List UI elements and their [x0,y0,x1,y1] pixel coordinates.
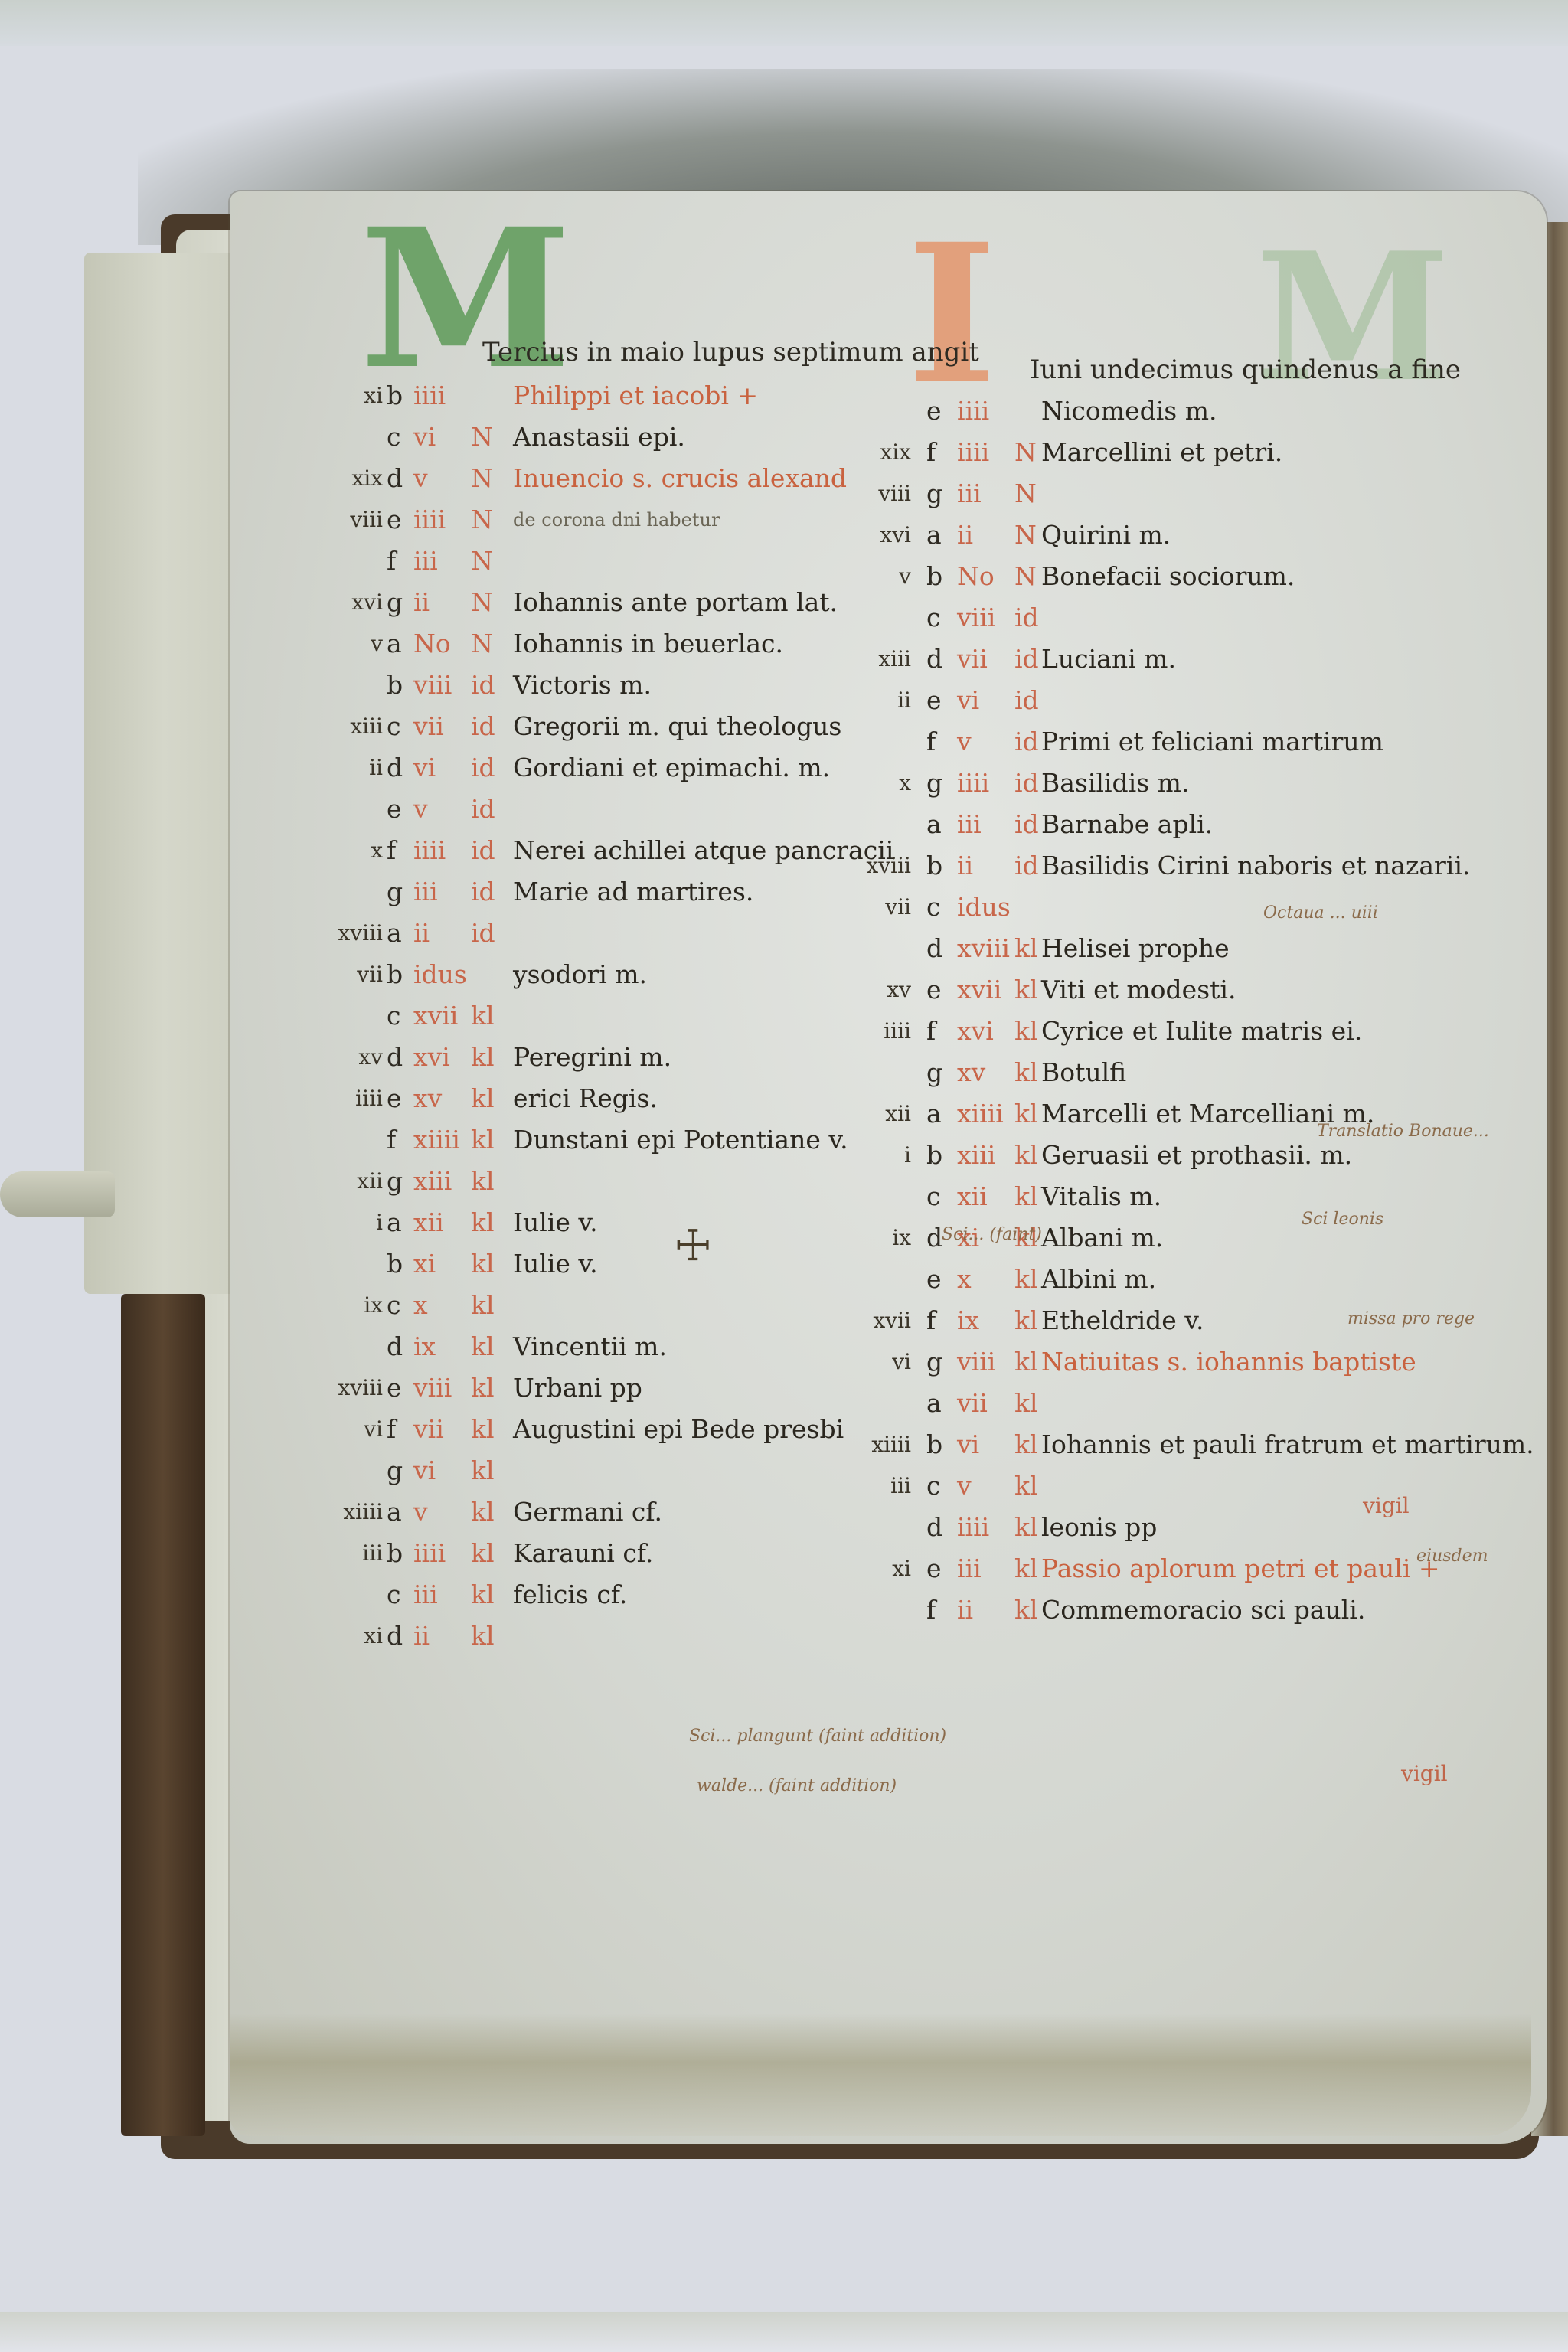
golden-number: xi [850,1548,911,1589]
dominical-letter: e [926,390,942,432]
nones-ides-kalends-marker: kl [1014,1465,1038,1507]
dominical-letter: a [926,804,942,845]
nones-ides-kalends-marker: kl [471,1161,495,1202]
roman-day-numeral: iiii [413,499,446,541]
roman-day-numeral: iii [413,871,438,913]
roman-day-numeral: viii [957,597,995,639]
nones-ides-kalends-marker: kl [1014,1507,1038,1548]
feast-entry: Albani m. [1041,1217,1163,1259]
golden-number: xiii [306,706,383,747]
dominical-letter: c [926,887,940,928]
feast-entry: Primi et feliciani martirum [1041,721,1383,763]
roman-day-numeral: ii [413,582,430,623]
golden-number: xviii [850,845,911,887]
roman-day-numeral: vii [957,639,988,680]
golden-number: iiii [850,1011,911,1052]
backdrop-top [0,0,1568,46]
feast-entry: Philippi et iacobi + [513,375,758,416]
golden-number: xv [850,969,911,1011]
feast-entry: leonis pp [1041,1507,1157,1548]
feast-entry: Augustini epi Bede presbi [513,1409,844,1450]
feast-entry: Viti et modesti. [1041,969,1236,1011]
feast-entry: Quirini m. [1041,514,1171,556]
nones-ides-kalends-marker: id [1014,721,1039,763]
roman-day-numeral: ii [413,1615,430,1657]
nones-ides-kalends-marker: kl [471,1409,495,1450]
dominical-letter: g [926,1052,942,1093]
nones-ides-kalends-marker: kl [471,1202,495,1243]
roman-day-numeral: viii [957,1341,995,1383]
roman-day-numeral: xvii [957,969,1001,1011]
marginal-note: missa pro rege [1347,1309,1475,1328]
feast-entry: Helisei prophe [1041,928,1230,969]
dominical-letter: f [387,830,396,871]
marginal-note: Sci... (faint) [942,1225,1042,1244]
leather-spine [121,1294,205,2136]
golden-number: xii [306,1161,383,1202]
nones-ides-kalends-marker: kl [1014,1548,1038,1589]
feast-entry: Vincentii m. [513,1326,667,1367]
feast-entry: Nerei achillei atque pancracii [513,830,893,871]
dominical-letter: e [926,969,942,1011]
nones-ides-kalends-marker: id [471,830,495,871]
feast-entry: Cyrice et Iulite matris ei. [1041,1011,1362,1052]
roman-day-numeral: vi [413,1450,436,1491]
golden-number: iii [306,1533,383,1574]
roman-day-numeral: xiiii [957,1093,1004,1135]
feast-entry: Geruasii et prothasii. m. [1041,1135,1352,1176]
dominical-letter: d [387,1615,403,1657]
nones-ides-kalends-marker: kl [1014,1341,1038,1383]
roman-day-numeral: vii [957,1383,988,1424]
golden-number: viii [850,473,911,514]
roman-day-numeral: v [957,1465,972,1507]
nones-ides-kalends-marker: id [1014,845,1039,887]
roman-day-numeral: vii [413,1409,444,1450]
feast-entry: Iulie v. [513,1243,598,1285]
roman-day-numeral: vi [413,416,436,458]
golden-number: xvii [850,1300,911,1341]
roman-day-numeral: x [413,1285,428,1326]
golden-number: xvi [850,514,911,556]
nones-ides-kalends-marker: kl [1014,1300,1038,1341]
feast-entry: Bonefacii sociorum. [1041,556,1295,597]
nones-ides-kalends-marker: N [471,623,493,665]
dominical-letter: g [926,473,942,514]
roman-day-numeral: ii [957,514,973,556]
feast-entry: felicis cf. [513,1574,627,1615]
golden-number: v [306,623,383,665]
feast-entry: Nicomedis m. [1041,390,1217,432]
roman-day-numeral: v [957,721,972,763]
feast-entry: Etheldride v. [1041,1300,1204,1341]
nones-ides-kalends-marker: N [1014,432,1037,473]
dominical-letter: e [926,1548,942,1589]
nones-ides-kalends-marker: kl [471,1285,495,1326]
roman-day-numeral: xii [957,1176,988,1217]
dominical-letter: f [926,1589,936,1631]
feast-entry: Commemoracio sci pauli. [1041,1589,1365,1631]
golden-number: xvi [306,582,383,623]
nones-ides-kalends-marker: kl [471,1119,495,1161]
feast-entry: erici Regis. [513,1078,658,1119]
dominical-letter: d [387,1326,403,1367]
nones-ides-kalends-marker: kl [471,1450,495,1491]
dominical-letter: f [387,1119,396,1161]
nones-ides-kalends-marker: kl [1014,1589,1038,1631]
nones-ides-kalends-marker: kl [471,1243,495,1285]
marginal-note: walde... (faint addition) [697,1776,897,1795]
dominical-letter: b [926,845,942,887]
feast-entry: Passio aplorum petri et pauli + [1041,1548,1440,1589]
dominical-letter: f [926,1011,936,1052]
feast-entry: Karauni cf. [513,1533,653,1574]
dominical-letter: c [387,416,400,458]
nones-ides-kalends-marker: N [1014,514,1037,556]
roman-day-numeral: v [413,1491,428,1533]
dominical-letter: a [387,1491,402,1533]
dominical-letter: c [387,706,400,747]
feast-entry: Peregrini m. [513,1037,671,1078]
dominical-letter: d [926,1507,942,1548]
dominical-letter: g [926,763,942,804]
dominical-letter: g [387,871,403,913]
roman-day-numeral: No [957,556,995,597]
nones-ides-kalends-marker: N [471,582,493,623]
roman-day-numeral: xviii [957,928,1010,969]
dominical-letter: d [387,747,403,789]
roman-day-numeral: ix [413,1326,436,1367]
roman-day-numeral: iii [413,541,438,582]
golden-number: vii [306,954,383,995]
roman-day-numeral: xii [413,1202,444,1243]
nones-ides-kalends-marker: kl [471,1615,495,1657]
feast-entry: Marie ad martires. [513,871,753,913]
cross-mark-icon: ☩ [674,1221,712,1271]
golden-number: xi [306,1615,383,1657]
nones-ides-kalends-marker: N [471,416,493,458]
roman-day-numeral: ii [957,845,973,887]
roman-day-numeral: ii [957,1589,973,1631]
nones-ides-kalends-marker: id [471,706,495,747]
golden-number: x [850,763,911,804]
roman-day-numeral: xiii [413,1161,452,1202]
dominical-letter: a [926,514,942,556]
nones-ides-kalends-marker: N [471,458,493,499]
feast-entry: Germani cf. [513,1491,662,1533]
dominical-letter: d [926,928,942,969]
dominical-letter: a [387,1202,402,1243]
roman-day-numeral: No [413,623,451,665]
dominical-letter: e [387,1367,402,1409]
nones-ides-kalends-marker: kl [471,1078,495,1119]
dominical-letter: b [387,954,403,995]
nones-ides-kalends-marker: kl [1014,969,1038,1011]
golden-number: vi [306,1409,383,1450]
dominical-letter: e [387,499,402,541]
feast-entry: Botulfi [1041,1052,1126,1093]
feast-entry: Iohannis in beuerlac. [513,623,783,665]
golden-number: xviii [306,913,383,954]
golden-number: iii [850,1465,911,1507]
backdrop-bottom [0,2312,1568,2352]
feast-entry: Victoris m. [513,665,652,706]
dominical-letter: g [387,582,403,623]
nones-ides-kalends-marker: kl [1014,1424,1038,1465]
dominical-letter: d [387,1037,403,1078]
golden-number: ii [850,680,911,721]
nones-ides-kalends-marker: kl [1014,1052,1038,1093]
nones-ides-kalends-marker: kl [471,1367,495,1409]
feast-entry: Iohannis ante portam lat. [513,582,838,623]
dominical-letter: c [926,597,940,639]
roman-day-numeral: iiii [957,1507,989,1548]
dominical-letter: a [926,1383,942,1424]
nones-ides-kalends-marker: kl [471,1326,495,1367]
nones-ides-kalends-marker: id [1014,680,1039,721]
feast-entry: Inuencio s. crucis alexand [513,458,847,499]
roman-day-numeral: xvii [413,995,458,1037]
nones-ides-kalends-marker: kl [1014,1383,1038,1424]
dominical-letter: e [387,789,402,830]
nones-ides-kalends-marker: kl [1014,928,1038,969]
golden-number: xiii [850,639,911,680]
nones-ides-kalends-marker: kl [1014,1176,1038,1217]
dominical-letter: g [387,1161,403,1202]
roman-day-numeral: vi [413,747,436,789]
nones-ides-kalends-marker: id [471,789,495,830]
nones-ides-kalends-marker: N [471,499,493,541]
roman-day-numeral: xiiii [413,1119,460,1161]
month-verse-june: Iuni undecimus quindenus a fine [1030,354,1461,385]
roman-day-numeral: xiii [957,1135,995,1176]
roman-day-numeral: vii [413,706,444,747]
golden-number: x [306,830,383,871]
nones-ides-kalends-marker: kl [471,1533,495,1574]
feast-entry: Basilidis m. [1041,763,1189,804]
golden-number: xiiii [306,1491,383,1533]
month-verse-may: Tercius in maio lupus septimum angit [482,337,979,367]
dominical-letter: b [926,1135,942,1176]
roman-day-numeral: iiii [957,432,989,473]
dominical-letter: g [387,1450,403,1491]
golden-number: ix [306,1285,383,1326]
roman-day-numeral: v [413,458,428,499]
decorated-initial-middle: I [907,218,997,410]
dominical-letter: b [387,665,403,706]
dominical-letter: e [387,1078,402,1119]
golden-number: vii [850,887,911,928]
dominical-letter: f [387,541,396,582]
dominical-letter: c [387,1285,400,1326]
dominical-letter: f [926,1300,936,1341]
roman-day-numeral: xv [413,1078,442,1119]
feast-entry: Urbani pp [513,1367,642,1409]
nones-ides-kalends-marker: kl [1014,1135,1038,1176]
marginal-note: eiusdem [1416,1547,1488,1566]
nones-ides-kalends-marker: kl [471,1491,495,1533]
feast-entry: Gordiani et epimachi. m. [513,747,830,789]
roman-day-numeral: ii [413,913,430,954]
roman-day-numeral: xvi [957,1011,994,1052]
roman-day-numeral: iiii [413,1533,446,1574]
roman-day-numeral: iiii [957,763,989,804]
dominical-letter: a [387,623,402,665]
golden-number: i [306,1202,383,1243]
golden-number: xviii [306,1367,383,1409]
nones-ides-kalends-marker: kl [471,995,495,1037]
dominical-letter: e [926,680,942,721]
dominical-letter: c [926,1465,940,1507]
roman-day-numeral: iiii [413,830,446,871]
dominical-letter: b [387,375,403,416]
nones-ides-kalends-marker: kl [1014,1011,1038,1052]
dominical-letter: e [926,1259,942,1300]
binding-tie [0,1171,115,1217]
roman-day-numeral: xvi [413,1037,450,1078]
dominical-letter: b [926,1424,942,1465]
roman-day-numeral: v [413,789,428,830]
dominical-letter: f [926,432,936,473]
roman-day-numeral: iii [957,804,982,845]
nones-ides-kalends-marker: id [471,913,495,954]
roman-day-numeral: viii [413,665,452,706]
nones-ides-kalends-marker: id [1014,639,1039,680]
dominical-letter: c [387,1574,400,1615]
nones-ides-kalends-marker: N [1014,473,1037,514]
marginal-note: vigil [1401,1761,1448,1786]
dominical-letter: c [387,995,400,1037]
roman-day-numeral: x [957,1259,972,1300]
golden-number: i [850,1135,911,1176]
dominical-letter: b [926,556,942,597]
roman-day-numeral: ix [957,1300,979,1341]
golden-number: xix [850,432,911,473]
roman-day-numeral: iiii [413,375,446,416]
roman-day-numeral: xv [957,1052,985,1093]
golden-number: viii [306,499,383,541]
nones-ides-kalends-marker: id [1014,597,1039,639]
dominical-letter: d [387,458,403,499]
nones-ides-kalends-marker: kl [471,1574,495,1615]
feast-entry: Marcellini et petri. [1041,432,1282,473]
golden-number: v [850,556,911,597]
feast-entry: ysodori m. [513,954,647,995]
water-stain [230,2014,1531,2136]
dominical-letter: b [387,1533,403,1574]
feast-entry: Iulie v. [513,1202,598,1243]
dominical-letter: a [387,913,402,954]
roman-day-numeral: iii [413,1574,438,1615]
marginal-note: Translatio Bonaue... [1317,1122,1489,1141]
feast-entry: de corona dni habetur [513,499,720,541]
nones-ides-kalends-marker: kl [471,1037,495,1078]
roman-day-numeral: idus [413,954,467,995]
roman-day-numeral: iii [957,1548,982,1589]
roman-day-numeral: iii [957,473,982,514]
golden-number: xii [850,1093,911,1135]
marginal-note: Sci... plangunt (faint addition) [689,1726,946,1746]
feast-entry: Vitalis m. [1041,1176,1161,1217]
golden-number: xi [306,375,383,416]
nones-ides-kalends-marker: kl [1014,1093,1038,1135]
marginal-note: vigil [1363,1493,1410,1518]
marginal-note: Octaua ... uiii [1263,903,1378,923]
nones-ides-kalends-marker: id [1014,804,1039,845]
nones-ides-kalends-marker: id [1014,763,1039,804]
dominical-letter: c [926,1176,940,1217]
roman-day-numeral: xi [413,1243,436,1285]
golden-number: xix [306,458,383,499]
feast-entry: Gregorii m. qui theologus [513,706,841,747]
golden-number: xv [306,1037,383,1078]
dominical-letter: b [387,1243,403,1285]
roman-day-numeral: vi [957,1424,979,1465]
dominical-letter: f [926,721,936,763]
feast-entry: Basilidis Cirini naboris et nazarii. [1041,845,1470,887]
golden-number: ii [306,747,383,789]
nones-ides-kalends-marker: N [1014,556,1037,597]
feast-entry: Albini m. [1041,1259,1156,1300]
nones-ides-kalends-marker: id [471,747,495,789]
dominical-letter: g [926,1341,942,1383]
nones-ides-kalends-marker: id [471,871,495,913]
dominical-letter: d [926,1217,942,1259]
feast-entry: Iohannis et pauli fratrum et martirum. [1041,1424,1534,1465]
dominical-letter: f [387,1409,396,1450]
roman-day-numeral: idus [957,887,1011,928]
golden-number: iiii [306,1078,383,1119]
nones-ides-kalends-marker: id [471,665,495,706]
roman-day-numeral: viii [413,1367,452,1409]
nones-ides-kalends-marker: N [471,541,493,582]
nones-ides-kalends-marker: kl [1014,1259,1038,1300]
dominical-letter: d [926,639,942,680]
golden-number: xiiii [850,1424,911,1465]
golden-number: vi [850,1341,911,1383]
feast-entry: Natiuitas s. iohannis baptiste [1041,1341,1416,1383]
feast-entry: Dunstani epi Potentiane v. [513,1119,848,1161]
feast-entry: Anastasii epi. [513,416,685,458]
dominical-letter: a [926,1093,942,1135]
feast-entry: Barnabe apli. [1041,804,1213,845]
roman-day-numeral: iiii [957,390,989,432]
roman-day-numeral: vi [957,680,979,721]
feast-entry: Luciani m. [1041,639,1176,680]
golden-number: ix [850,1217,911,1259]
marginal-note: Sci leonis [1302,1210,1383,1229]
